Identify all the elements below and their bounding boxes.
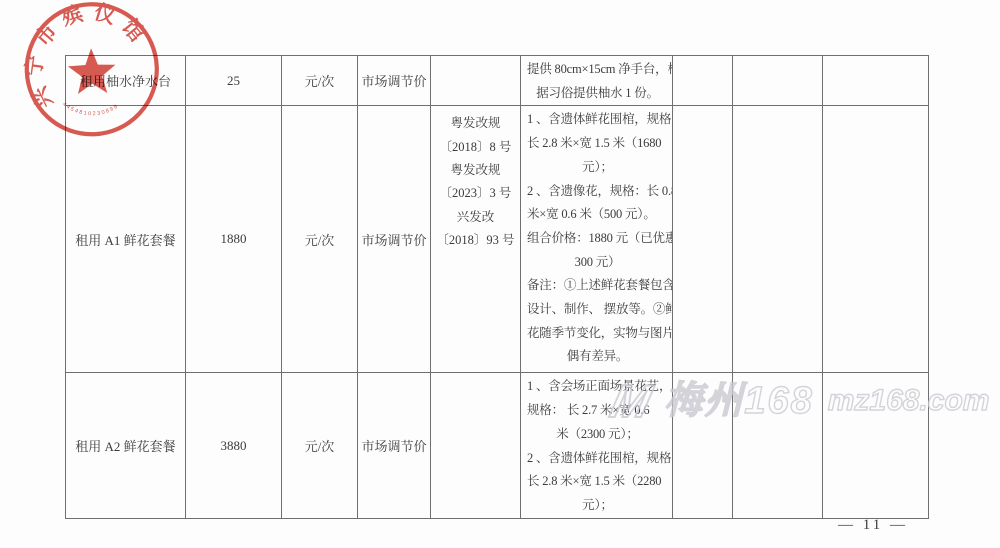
- text-line: 粤发改规: [431, 112, 520, 135]
- cell-price: 3880: [186, 373, 282, 518]
- cell-price: 25: [186, 56, 282, 106]
- cell-item-name: 租用 A2 鲜花套餐: [66, 373, 186, 518]
- text-line: 粤发改规: [431, 159, 520, 182]
- text-line: 偶有差异。: [527, 345, 668, 369]
- cell-description: 1 、含遗体鲜花围棺，规格：长 2.8 米×宽 1.5 米（1680元）；2 、…: [521, 106, 673, 373]
- cell-empty: [823, 56, 929, 106]
- text-line: 〔2023〕3 号: [431, 182, 520, 205]
- text-line: 组合价格：1880 元（已优惠: [527, 227, 668, 251]
- cell-description: 提供 80cm×15cm 净手台，根据习俗提供柚水 1 份。: [521, 56, 673, 106]
- cell-empty: [733, 56, 823, 106]
- table-row: 租用 A1 鲜花套餐 1880 元/次 市场调节价 粤发改规〔2018〕8 号粤…: [66, 106, 929, 373]
- text-line: 2 、含遗体鲜花围棺，规格：: [527, 447, 668, 471]
- text-line: 据习俗提供柚水 1 份。: [527, 82, 668, 106]
- text-line: 〔2018〕8 号: [431, 136, 520, 159]
- table-row: 租用柚水净水台 25 元/次 市场调节价 提供 80cm×15cm 净手台，根据…: [66, 56, 929, 106]
- cell-pricing-method: 市场调节价: [358, 56, 431, 106]
- cell-item-name: 租用 A1 鲜花套餐: [66, 106, 186, 373]
- text-line: 规格： 长 2.7 米×宽 0.6: [527, 399, 668, 423]
- price-table: 租用柚水净水台 25 元/次 市场调节价 提供 80cm×15cm 净手台，根据…: [65, 55, 929, 519]
- text-line: 2 、含遗像花，规格：长 0.8: [527, 180, 668, 204]
- page-number: — 11 —: [838, 517, 908, 534]
- table-row: 租用 A2 鲜花套餐 3880 元/次 市场调节价 1 、含会场正面场景花艺，规…: [66, 373, 929, 518]
- text-line: 长 2.8 米×宽 1.5 米（1680: [527, 132, 668, 156]
- cell-empty: [673, 373, 733, 518]
- cell-price: 1880: [186, 106, 282, 373]
- cell-unit: 元/次: [282, 56, 358, 106]
- text-line: 元）；: [527, 156, 668, 180]
- cell-unit: 元/次: [282, 373, 358, 518]
- cell-empty: [823, 106, 929, 373]
- text-line: 设计、制作、 摆放等。②鲜: [527, 298, 668, 322]
- text-line: 300 元）: [527, 251, 668, 275]
- cell-empty: [733, 106, 823, 373]
- text-line: 提供 80cm×15cm 净手台，根: [527, 58, 668, 82]
- cell-unit: 元/次: [282, 106, 358, 373]
- cell-description: 1 、含会场正面场景花艺，规格： 长 2.7 米×宽 0.6米（2300 元）；…: [521, 373, 673, 518]
- cell-empty: [673, 106, 733, 373]
- text-line: 〔2018〕93 号: [431, 229, 520, 252]
- text-line: 备注：①上述鲜花套餐包含: [527, 274, 668, 298]
- cell-empty: [823, 373, 929, 518]
- cell-basis-document: [431, 373, 521, 518]
- cell-pricing-method: 市场调节价: [358, 106, 431, 373]
- text-line: 兴发改: [431, 206, 520, 229]
- text-line: 长 2.8 米×宽 1.5 米（2280: [527, 470, 668, 494]
- text-line: 1 、含会场正面场景花艺，: [527, 375, 668, 399]
- document-page: 租用柚水净水台 25 元/次 市场调节价 提供 80cm×15cm 净手台，根据…: [0, 0, 1000, 548]
- text-line: 元）；: [527, 494, 668, 518]
- cell-item-name: 租用柚水净水台: [66, 56, 186, 106]
- cell-empty: [673, 56, 733, 106]
- cell-pricing-method: 市场调节价: [358, 373, 431, 518]
- text-line: 花随季节变化，实物与图片: [527, 322, 668, 346]
- cell-basis-document: 粤发改规〔2018〕8 号粤发改规〔2023〕3 号兴发改〔2018〕93 号: [431, 106, 521, 373]
- text-line: 米（2300 元）；: [527, 423, 668, 447]
- text-line: 米×宽 0.6 米（500 元）。: [527, 203, 668, 227]
- cell-empty: [733, 373, 823, 518]
- cell-basis-document: [431, 56, 521, 106]
- text-line: 1 、含遗体鲜花围棺，规格：: [527, 108, 668, 132]
